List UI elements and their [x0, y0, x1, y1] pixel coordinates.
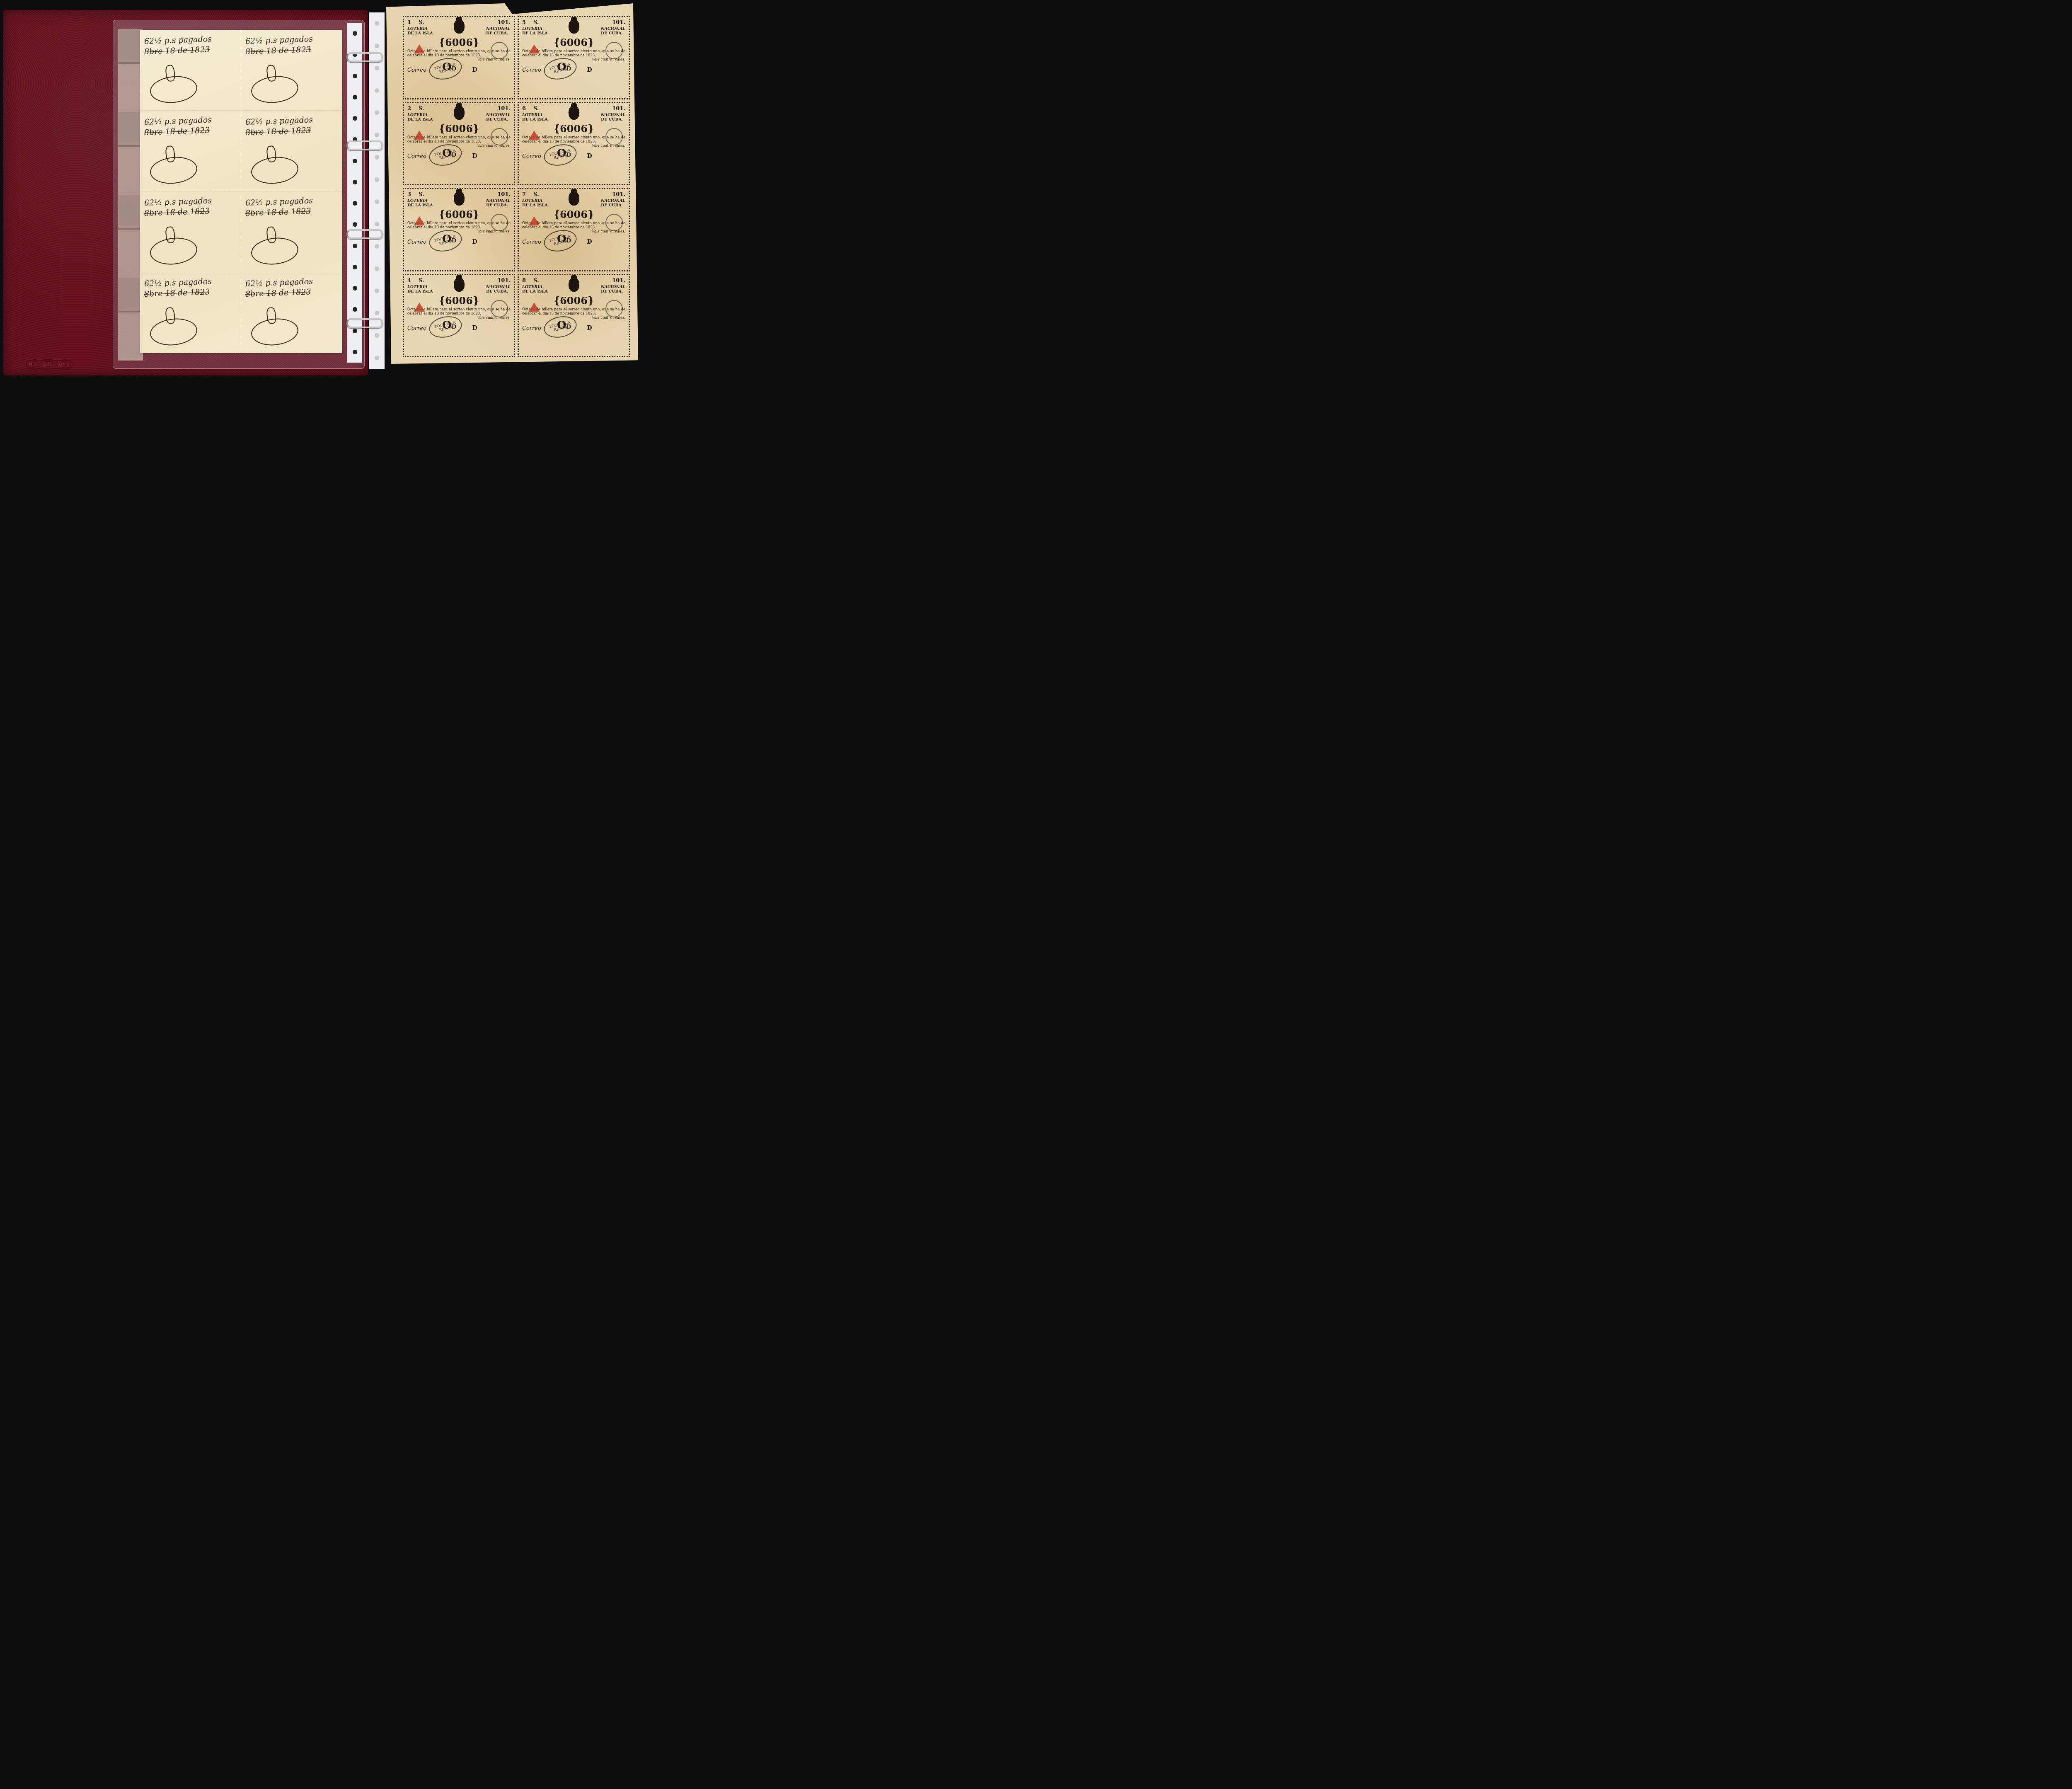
royal-crest-icon — [454, 19, 465, 34]
ticket-number: 1 — [407, 19, 411, 26]
red-triangle-stamp-icon — [529, 44, 540, 53]
punch-hole-icon — [353, 159, 357, 163]
binder-ring-icon[interactable] — [346, 229, 383, 239]
punch-hole-icon — [375, 21, 379, 26]
punch-hole-icon — [353, 329, 357, 333]
red-triangle-stamp-icon — [414, 131, 425, 140]
receipt-cell: 62½ p.s pagados 8bre 18 de 1823 — [241, 191, 342, 272]
punch-hole-icon — [353, 95, 357, 99]
lottery-ticket-sheet: 1S.101. LOTERIADE LA ISLANACIONALDE CUBA… — [386, 3, 638, 364]
binder-ring-icon[interactable] — [346, 318, 383, 328]
crown-seal-icon — [605, 214, 623, 231]
ticket-draw: 101. — [497, 19, 511, 26]
royal-crest-icon — [569, 106, 579, 120]
receipt-cell: 62½ p.s pagados 8bre 18 de 1823 — [241, 272, 342, 353]
left-punched-strip — [347, 23, 362, 363]
punch-hole-icon — [375, 155, 379, 160]
correo-signature: Correo — [522, 325, 541, 332]
title-nacional: NACIONAL — [601, 285, 625, 289]
title-de-cuba: DE CUBA. — [601, 31, 625, 36]
royal-crest-icon — [454, 106, 465, 120]
binder-ring-icon[interactable] — [346, 140, 383, 150]
ticket-number: 3 — [407, 191, 411, 198]
title-de-cuba: DE CUBA. — [486, 117, 511, 122]
d-mark: D — [587, 67, 592, 73]
punch-hole-icon — [353, 265, 357, 269]
emboss-model: 324 G — [58, 363, 70, 366]
royal-crest-icon — [569, 191, 579, 206]
punch-hole-icon — [375, 333, 379, 338]
red-triangle-stamp-icon — [414, 216, 425, 225]
ticket-number: 2 — [407, 106, 411, 112]
receipt-cell: 62½ p.s pagados 8bre 18 de 1823 — [140, 272, 241, 353]
ticket-value: Vale cuatro reales. — [477, 316, 511, 320]
ticket-draw: 101. — [612, 191, 625, 198]
d-mark: D — [472, 67, 477, 73]
title-de-la-isla: DE LA ISLA — [407, 203, 433, 208]
title-nacional: NACIONAL — [486, 199, 511, 203]
ticket-value: Vale cuatro reales. — [592, 316, 625, 320]
title-nacional: NACIONAL — [486, 113, 511, 117]
ticket-draw: 101. — [497, 278, 511, 284]
ticket-value: Vale cuatro reales. — [477, 144, 511, 148]
lottery-ticket: 4S.101. LOTERIADE LA ISLANACIONALDE CUBA… — [403, 274, 515, 358]
punch-hole-icon — [353, 31, 357, 36]
emboss-maker: M.H. — [29, 363, 38, 366]
ticket-series: S. — [419, 106, 424, 112]
title-nacional: NACIONAL — [486, 285, 511, 289]
background-documents — [118, 29, 143, 361]
d-mark: D — [472, 239, 477, 245]
title-loteria: LOTERIA — [522, 113, 548, 117]
correo-signature: Correo — [407, 67, 426, 73]
correo-signature: Correo — [407, 239, 426, 245]
handwritten-receipt-sheet: 62½ p.s pagados 8bre 18 de 1823 62½ p.s … — [140, 30, 342, 353]
receipt-cell: 62½ p.s pagados 8bre 18 de 1823 — [241, 111, 342, 191]
d-mark: D — [587, 239, 592, 245]
red-triangle-stamp-icon — [529, 216, 540, 225]
ticket-draw: 101. — [612, 278, 625, 284]
renta-oval-stamp: TOCO A LARENTA — [427, 141, 464, 169]
renta-oval-stamp: TOCO A LARENTA — [427, 313, 464, 341]
title-de-la-isla: DE LA ISLA — [407, 289, 433, 294]
lottery-ticket: 8S.101. LOTERIADE LA ISLANACIONALDE CUBA… — [518, 274, 630, 358]
ticket-series: S. — [419, 278, 424, 284]
title-nacional: NACIONAL — [486, 27, 511, 31]
punch-hole-icon — [353, 74, 357, 78]
binder-ring-icon[interactable] — [346, 52, 383, 62]
correo-signature: Correo — [522, 239, 541, 245]
ticket-number: 6 — [522, 106, 526, 112]
title-de-cuba: DE CUBA. — [601, 289, 625, 294]
punch-hole-icon — [375, 177, 379, 182]
title-de-cuba: DE CUBA. — [601, 203, 625, 208]
crown-seal-icon — [605, 300, 623, 317]
d-mark: D — [472, 325, 477, 332]
ticket-value: Vale cuatro reales. — [477, 58, 511, 62]
ticket-value: Vale cuatro reales. — [592, 230, 625, 234]
ticket-series: S. — [419, 19, 424, 26]
title-loteria: LOTERIA — [522, 27, 548, 31]
punch-hole-icon — [353, 244, 357, 248]
d-mark: D — [587, 153, 592, 160]
title-de-la-isla: DE LA ISLA — [522, 31, 548, 36]
lottery-ticket: 7S.101. LOTERIADE LA ISLANACIONALDE CUBA… — [518, 188, 630, 271]
crown-seal-icon — [491, 214, 508, 231]
punch-hole-icon — [353, 350, 357, 354]
punch-hole-icon — [375, 222, 379, 226]
lottery-ticket: 6S.101. LOTERIADE LA ISLANACIONALDE CUBA… — [518, 102, 630, 186]
signature-rubric-icon — [250, 235, 300, 267]
renta-oval-stamp: TOCO A LARENTA — [542, 55, 579, 82]
title-de-cuba: DE CUBA. — [486, 289, 511, 294]
ticket-value: Vale cuatro reales. — [592, 144, 625, 148]
ticket-series: S. — [419, 191, 424, 198]
crown-seal-icon — [491, 42, 508, 59]
correo-signature: Correo — [407, 153, 426, 160]
correo-signature: Correo — [522, 67, 541, 73]
punch-hole-icon — [353, 116, 357, 121]
crown-seal-icon — [605, 42, 623, 59]
punch-hole-icon — [353, 286, 357, 291]
ticket-series: S. — [533, 191, 539, 198]
punch-hole-icon — [375, 244, 379, 249]
lottery-ticket: 5S.101. LOTERIADE LA ISLANACIONALDE CUBA… — [518, 16, 630, 99]
ticket-series: S. — [533, 19, 539, 26]
punch-hole-icon — [375, 110, 379, 115]
correo-signature: Correo — [407, 325, 426, 332]
d-mark: D — [472, 153, 477, 160]
emboss-logo: SAFE — [43, 363, 53, 366]
receipt-cell: 62½ p.s pagados 8bre 18 de 1823 — [241, 30, 342, 111]
ticket-series: S. — [533, 278, 539, 284]
punch-hole-icon — [353, 201, 357, 206]
title-de-la-isla: DE LA ISLA — [407, 117, 433, 122]
royal-crest-icon — [569, 19, 579, 34]
title-de-cuba: DE CUBA. — [486, 203, 511, 208]
punch-hole-icon — [375, 199, 379, 204]
punch-hole-icon — [375, 356, 379, 360]
signature-rubric-icon — [149, 155, 198, 186]
lottery-ticket: 3S.101. LOTERIADE LA ISLANACIONALDE CUBA… — [403, 188, 515, 271]
punch-hole-icon — [353, 307, 357, 312]
ticket-number: 4 — [407, 278, 411, 284]
title-nacional: NACIONAL — [601, 27, 625, 31]
title-loteria: LOTERIA — [407, 27, 433, 31]
punch-hole-icon — [353, 180, 357, 184]
renta-oval-stamp: TOCO A LARENTA — [542, 313, 579, 341]
ticket-value: Vale cuatro reales. — [477, 230, 511, 234]
renta-oval-stamp: TOCO A LARENTA — [542, 227, 579, 254]
right-punched-strip — [369, 12, 385, 369]
crown-seal-icon — [491, 300, 508, 317]
renta-oval-stamp: TOCO A LARENTA — [427, 227, 464, 254]
d-mark: D — [587, 325, 592, 332]
red-triangle-stamp-icon — [529, 131, 540, 140]
ticket-number: 8 — [522, 278, 526, 284]
binder-emboss-mark: M.H. SAFE 324 G — [26, 360, 73, 368]
ticket-number: 5 — [522, 19, 526, 26]
title-loteria: LOTERIA — [522, 285, 548, 289]
ticket-draw: 101. — [612, 19, 625, 26]
ticket-draw: 101. — [497, 191, 511, 198]
punch-hole-icon — [375, 266, 379, 271]
punch-hole-icon — [353, 222, 357, 227]
title-loteria: LOTERIA — [522, 199, 548, 203]
title-nacional: NACIONAL — [601, 199, 625, 203]
ticket-draw: 101. — [497, 106, 511, 112]
correo-signature: Correo — [522, 153, 541, 160]
title-loteria: LOTERIA — [407, 113, 433, 117]
punch-hole-icon — [375, 288, 379, 293]
punch-hole-icon — [375, 88, 379, 93]
title-de-cuba: DE CUBA. — [486, 31, 511, 36]
royal-crest-icon — [454, 191, 465, 206]
red-triangle-stamp-icon — [414, 44, 425, 53]
title-de-la-isla: DE LA ISLA — [522, 203, 548, 208]
receipt-cell: 62½ p.s pagados 8bre 18 de 1823 — [140, 30, 241, 111]
lottery-ticket: 2S.101. LOTERIADE LA ISLANACIONALDE CUBA… — [403, 102, 515, 186]
title-loteria: LOTERIA — [407, 199, 433, 203]
royal-crest-icon — [454, 278, 465, 292]
title-nacional: NACIONAL — [601, 113, 625, 117]
title-de-cuba: DE CUBA. — [601, 117, 625, 122]
receipt-cell: 62½ p.s pagados 8bre 18 de 1823 — [140, 191, 241, 272]
red-triangle-stamp-icon — [529, 303, 540, 312]
title-de-la-isla: DE LA ISLA — [522, 117, 548, 122]
ticket-value: Vale cuatro reales. — [592, 58, 625, 62]
ticket-draw: 101. — [612, 106, 625, 112]
crown-seal-icon — [491, 128, 508, 145]
title-de-la-isla: DE LA ISLA — [407, 31, 433, 36]
signature-rubric-icon — [250, 155, 300, 186]
ticket-series: S. — [533, 106, 539, 112]
ticket-number: 7 — [522, 191, 526, 198]
signature-rubric-icon — [149, 235, 198, 267]
punch-hole-icon — [375, 44, 379, 48]
signature-rubric-icon — [250, 74, 300, 105]
signature-rubric-icon — [149, 74, 198, 105]
signature-rubric-icon — [149, 316, 198, 348]
red-triangle-stamp-icon — [414, 303, 425, 312]
lottery-ticket: 1S.101. LOTERIADE LA ISLANACIONALDE CUBA… — [403, 16, 515, 99]
punch-hole-icon — [375, 133, 379, 137]
punch-hole-icon — [375, 311, 379, 315]
punch-hole-icon — [375, 66, 379, 70]
renta-oval-stamp: TOCO A LARENTA — [542, 141, 579, 169]
title-de-la-isla: DE LA ISLA — [522, 289, 548, 294]
royal-crest-icon — [569, 278, 579, 292]
signature-rubric-icon — [250, 316, 300, 348]
title-loteria: LOTERIA — [407, 285, 433, 289]
receipt-cell: 62½ p.s pagados 8bre 18 de 1823 — [140, 111, 241, 191]
crown-seal-icon — [605, 128, 623, 145]
renta-oval-stamp: TOCO A LARENTA — [427, 55, 464, 82]
